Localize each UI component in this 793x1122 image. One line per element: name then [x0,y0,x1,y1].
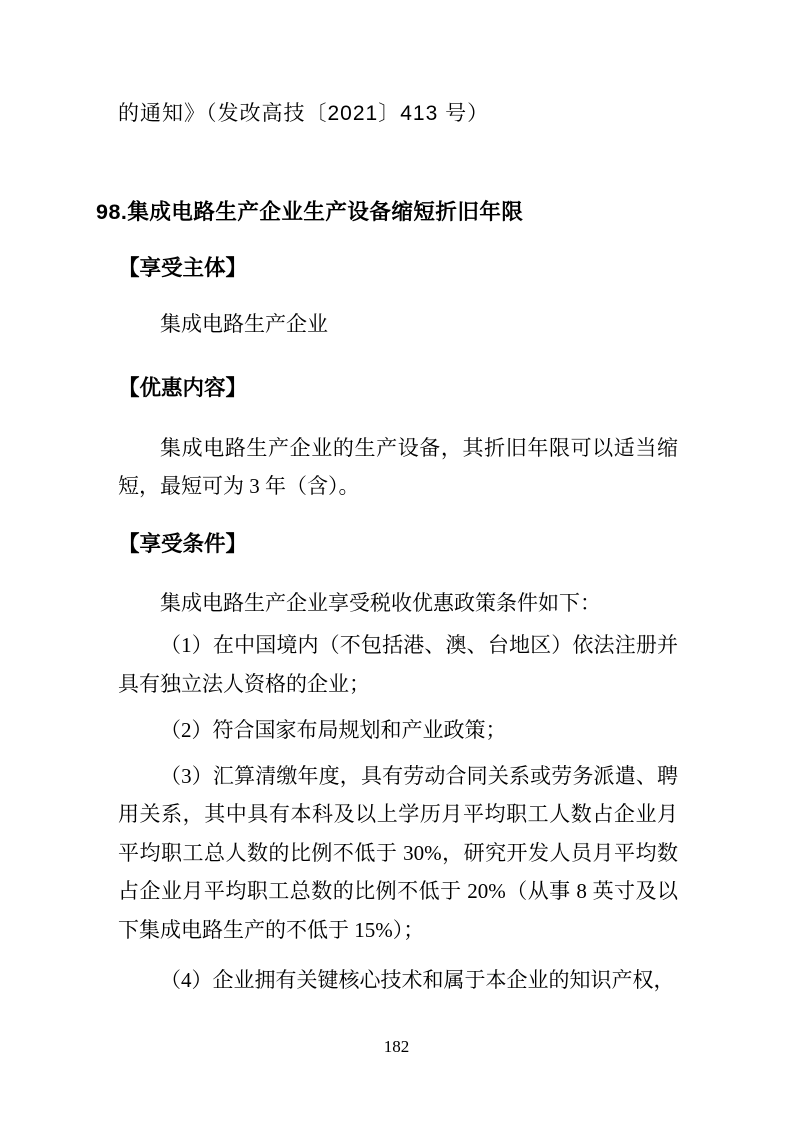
condition-item-2: （2）符合国家布局规划和产业政策； [118,711,678,750]
section-title-benefit-content: 【优惠内容】 [118,373,678,403]
section-title-beneficiary: 【享受主体】 [118,253,678,283]
section-title-conditions: 【享受条件】 [118,529,678,559]
condition-item-3: （3）汇算清缴年度，具有劳动合同关系或劳务派遣、聘用关系，其中具有本科及以上学历… [118,757,678,950]
conditions-intro-paragraph: 集成电路生产企业享受税收优惠政策条件如下： [118,584,678,623]
item-98-heading: 98.集成电路生产企业生产设备缩短折旧年限 [96,197,678,227]
condition-item-4: （4）企业拥有关键核心技术和属于本企业的知识产权， [118,961,678,1000]
condition-item-1: （1）在中国境内（不包括港、澳、台地区）依法注册并具有独立法人资格的企业； [118,626,678,703]
benefit-content-paragraph: 集成电路生产企业的生产设备，其折旧年限可以适当缩短，最短可为 3 年（含）。 [118,429,678,506]
document-page: 的通知》（发改高技〔2021〕413 号） 98.集成电路生产企业生产设备缩短折… [0,0,793,1122]
beneficiary-paragraph: 集成电路生产企业 [118,305,678,344]
previous-paragraph-tail: 的通知》（发改高技〔2021〕413 号） [118,95,678,133]
page-number: 182 [0,1038,793,1055]
